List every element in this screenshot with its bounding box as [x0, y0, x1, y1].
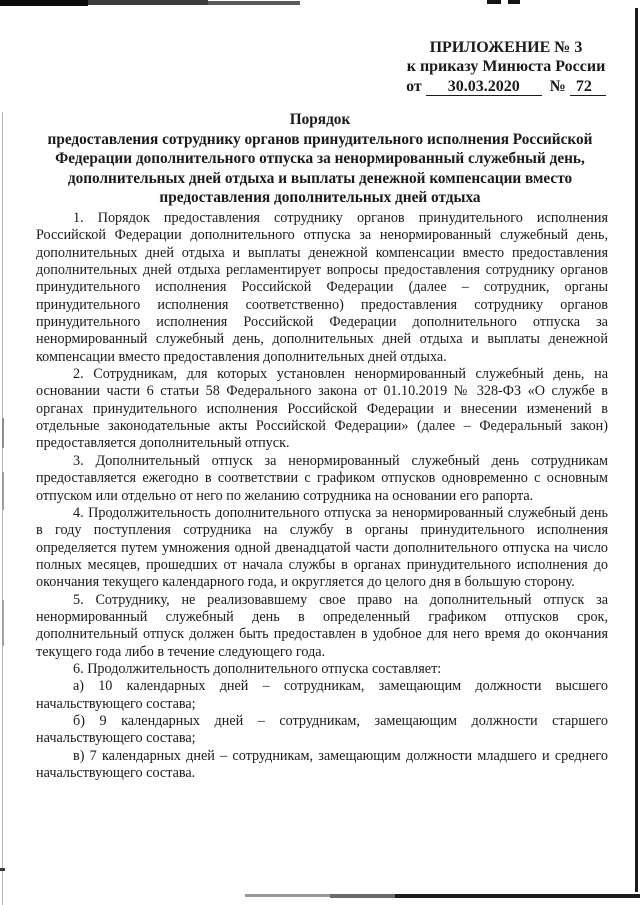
- paragraph-6: 6. Продолжительность дополнительного отп…: [36, 661, 608, 678]
- title-word: Порядок: [34, 110, 606, 130]
- scan-artifact-left-edge: [2, 472, 4, 510]
- scan-artifact-bottom-edge: [245, 894, 330, 897]
- scan-artifact-left-edge: [2, 112, 3, 905]
- subparagraph-a: а) 10 календарных дней – сотрудникам, за…: [36, 678, 608, 713]
- paragraph-4: 4. Продолжительность дополнительного отп…: [36, 505, 608, 592]
- scan-artifact-left-edge: [2, 418, 4, 448]
- document-page: ПРИЛОЖЕНИЕ № 3 к приказу Минюста России …: [0, 0, 640, 905]
- scan-artifact-bottom-edge: [330, 894, 395, 898]
- title-text: предоставления сотруднику органов принуд…: [34, 130, 606, 208]
- paragraph-1: 1. Порядок предоставления сотруднику орг…: [36, 210, 608, 366]
- header-date-value: 30.03.2020: [426, 78, 542, 96]
- document-header: ПРИЛОЖЕНИЕ № 3 к приказу Минюста России …: [398, 38, 614, 96]
- document-title: Порядок предоставления сотруднику органо…: [34, 110, 606, 208]
- scan-artifact-left-tick: [0, 868, 5, 871]
- subparagraph-v: в) 7 календарных дней – сотрудникам, зам…: [36, 748, 608, 783]
- scan-artifact-left-edge: [2, 600, 4, 646]
- scan-artifact-top-edge: [88, 0, 208, 5]
- paragraph-5: 5. Сотруднику, не реализовавшему свое пр…: [36, 592, 608, 661]
- scan-artifact-bottom-edge: [395, 894, 640, 898]
- scan-artifact-top-edge: [208, 1, 300, 5]
- header-order-line: к приказу Минюста России: [398, 57, 614, 76]
- scan-artifact-top-edge: [0, 0, 88, 6]
- header-appendix-line: ПРИЛОЖЕНИЕ № 3: [398, 38, 614, 57]
- scan-artifact-top-dash: [487, 0, 501, 4]
- paragraph-2: 2. Сотрудникам, для которых установлен н…: [36, 366, 608, 453]
- document-body: 1. Порядок предоставления сотруднику орг…: [36, 210, 608, 782]
- header-number-value: 72: [570, 78, 606, 96]
- header-number-sign: №: [550, 78, 566, 95]
- subparagraph-b: б) 9 календарных дней – сотрудникам, зам…: [36, 713, 608, 748]
- scan-artifact-right-edge: [635, 8, 638, 892]
- header-date-line: от30.03.2020№72: [398, 77, 614, 96]
- header-from-label: от: [406, 78, 422, 95]
- scan-artifact-top-dash: [508, 0, 520, 4]
- paragraph-3: 3. Дополнительный отпуск за ненормирован…: [36, 453, 608, 505]
